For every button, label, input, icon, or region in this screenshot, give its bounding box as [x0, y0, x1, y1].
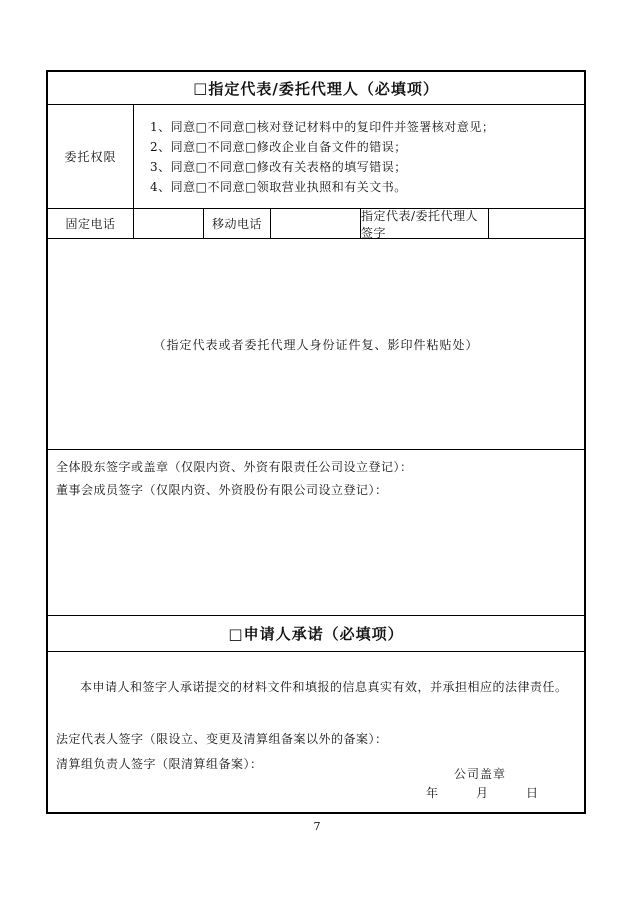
form-page: □指定代表/委托代理人（必填项） 委托权限 1、同意□不同意□核对登记材料中的复… [0, 0, 634, 898]
board-member-sign-line: 董事会成员签字（仅限内资、外资股份有限公司设立登记）： [56, 479, 576, 502]
commitment-statement: 本申请人和签字人承诺提交的材料文件和填报的信息真实有效，并承担相应的法律责任。 [56, 678, 576, 696]
section-agent-title: 指定代表/委托代理人（必填项） [208, 78, 438, 99]
fixed-phone-field[interactable] [134, 209, 204, 238]
id-paste-note: （指定代表或者委托代理人身份证件复、影印件粘贴处） [153, 336, 478, 353]
page-number: 7 [0, 820, 634, 833]
section-agent-header: □指定代表/委托代理人（必填项） [48, 72, 584, 105]
legal-rep-signature-label: 法定代表人签字（限设立、变更及清算组备案以外的备案）： [56, 730, 388, 747]
authority-item-2[interactable]: 2、同意□不同意□修改企业自备文件的错误； [150, 137, 584, 157]
phone-signature-row: 固定电话 移动电话 指定代表/委托代理人签字 [48, 209, 584, 239]
authority-item-3[interactable]: 3、同意□不同意□修改有关表格的填写错误； [150, 157, 584, 177]
section-agent-checkbox-icon[interactable]: □ [193, 79, 208, 97]
section-commitment-checkbox-icon[interactable]: □ [228, 625, 243, 643]
authority-row: 委托权限 1、同意□不同意□核对登记材料中的复印件并签署核对意见； 2、同意□不… [48, 105, 584, 209]
id-paste-area[interactable]: （指定代表或者委托代理人身份证件复、影印件粘贴处） [48, 239, 584, 450]
authority-list: 1、同意□不同意□核对登记材料中的复印件并签署核对意见； 2、同意□不同意□修改… [134, 105, 584, 208]
agent-signature-field[interactable] [489, 209, 584, 238]
company-seal-label: 公司盖章 [454, 765, 506, 782]
registration-form-table: □指定代表/委托代理人（必填项） 委托权限 1、同意□不同意□核对登记材料中的复… [46, 70, 586, 814]
date-fill-line[interactable]: 年 月 日 [426, 784, 539, 801]
shareholder-sign-line: 全体股东签字或盖章（仅限内资、外资有限责任公司设立登记）： [56, 456, 576, 479]
authority-item-4[interactable]: 4、同意□不同意□领取营业执照和有关文书。 [150, 177, 584, 197]
shareholder-signature-area[interactable]: 全体股东签字或盖章（仅限内资、外资有限责任公司设立登记）： 董事会成员签字（仅限… [48, 450, 584, 616]
liquidation-signature-label: 清算组负责人签字（限清算组备案）： [56, 755, 263, 772]
commitment-area[interactable]: 本申请人和签字人承诺提交的材料文件和填报的信息真实有效，并承担相应的法律责任。 … [48, 652, 584, 812]
mobile-phone-label: 移动电话 [204, 209, 271, 238]
section-commitment-title: 申请人承诺（必填项） [244, 623, 404, 644]
agent-signature-label: 指定代表/委托代理人签字 [361, 209, 489, 238]
authority-label: 委托权限 [48, 105, 134, 208]
mobile-phone-field[interactable] [271, 209, 361, 238]
authority-item-1[interactable]: 1、同意□不同意□核对登记材料中的复印件并签署核对意见； [150, 117, 584, 137]
fixed-phone-label: 固定电话 [48, 209, 134, 238]
section-commitment-header: □申请人承诺（必填项） [48, 616, 584, 652]
